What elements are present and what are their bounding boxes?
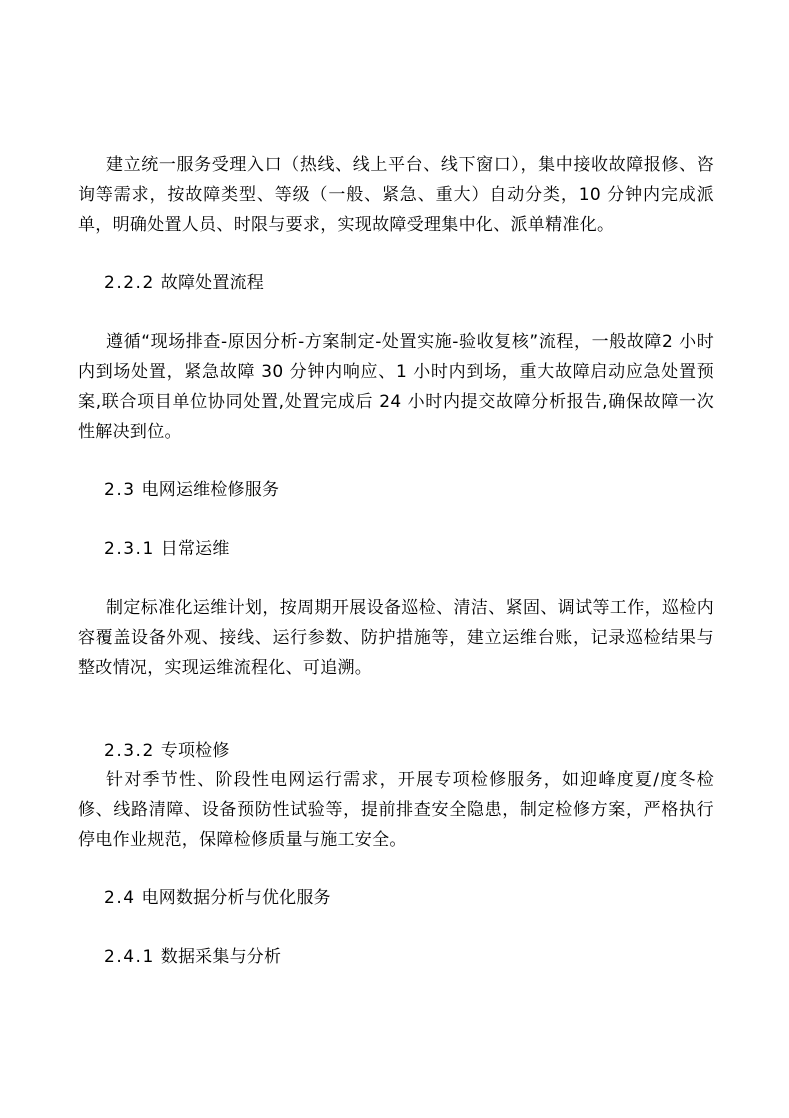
heading-number: 2.3 (104, 480, 136, 500)
heading-number: 2.3.2 (104, 741, 155, 761)
paragraph-fault-acceptance: 建立统一服务受理入口（热线、线上平台、线下窗口），集中接收故障报修、咨询等需求，… (78, 150, 714, 240)
paragraph-text: 遵循“现场排查-原因分析-方案制定-处置实施-验收复核”流程，一般故障2 小时内… (78, 327, 714, 447)
heading-title: 电网运维检修服务 (142, 480, 280, 500)
heading-title: 专项检修 (161, 741, 230, 761)
heading-2-3-1: 2.3.1日常运维 (104, 537, 230, 561)
heading-title: 日常运维 (161, 539, 230, 559)
paragraph-text: 制定标准化运维计划，按周期开展设备巡检、清洁、紧固、调试等工作，巡检内容覆盖设备… (78, 593, 714, 683)
paragraph-fault-handling: 遵循“现场排查-原因分析-方案制定-处置实施-验收复核”流程，一般故障2 小时内… (78, 327, 714, 447)
heading-number: 2.3.1 (104, 539, 155, 559)
heading-2-4: 2.4电网数据分析与优化服务 (104, 886, 331, 910)
heading-2-4-1: 2.4.1数据采集与分析 (104, 945, 281, 969)
paragraph-daily-maintenance: 制定标准化运维计划，按周期开展设备巡检、清洁、紧固、调试等工作，巡检内容覆盖设备… (78, 593, 714, 683)
heading-title: 故障处置流程 (161, 273, 264, 293)
heading-2-3: 2.3电网运维检修服务 (104, 478, 279, 502)
heading-title: 电网数据分析与优化服务 (142, 888, 331, 908)
heading-2-2-2: 2.2.2故障处置流程 (104, 271, 264, 295)
heading-title: 数据采集与分析 (161, 947, 281, 967)
paragraph-text: 针对季节性、阶段性电网运行需求，开展专项检修服务，如迎峰度夏/度冬检修、线路清障… (78, 765, 714, 855)
heading-2-3-2: 2.3.2专项检修 (104, 739, 230, 763)
heading-number: 2.2.2 (104, 273, 155, 293)
document-page: 建立统一服务受理入口（热线、线上平台、线下窗口），集中接收故障报修、咨询等需求，… (0, 0, 789, 1118)
paragraph-special-repair: 针对季节性、阶段性电网运行需求，开展专项检修服务，如迎峰度夏/度冬检修、线路清障… (78, 765, 714, 855)
paragraph-text: 建立统一服务受理入口（热线、线上平台、线下窗口），集中接收故障报修、咨询等需求，… (78, 150, 714, 240)
heading-number: 2.4.1 (104, 947, 155, 967)
heading-number: 2.4 (104, 888, 136, 908)
